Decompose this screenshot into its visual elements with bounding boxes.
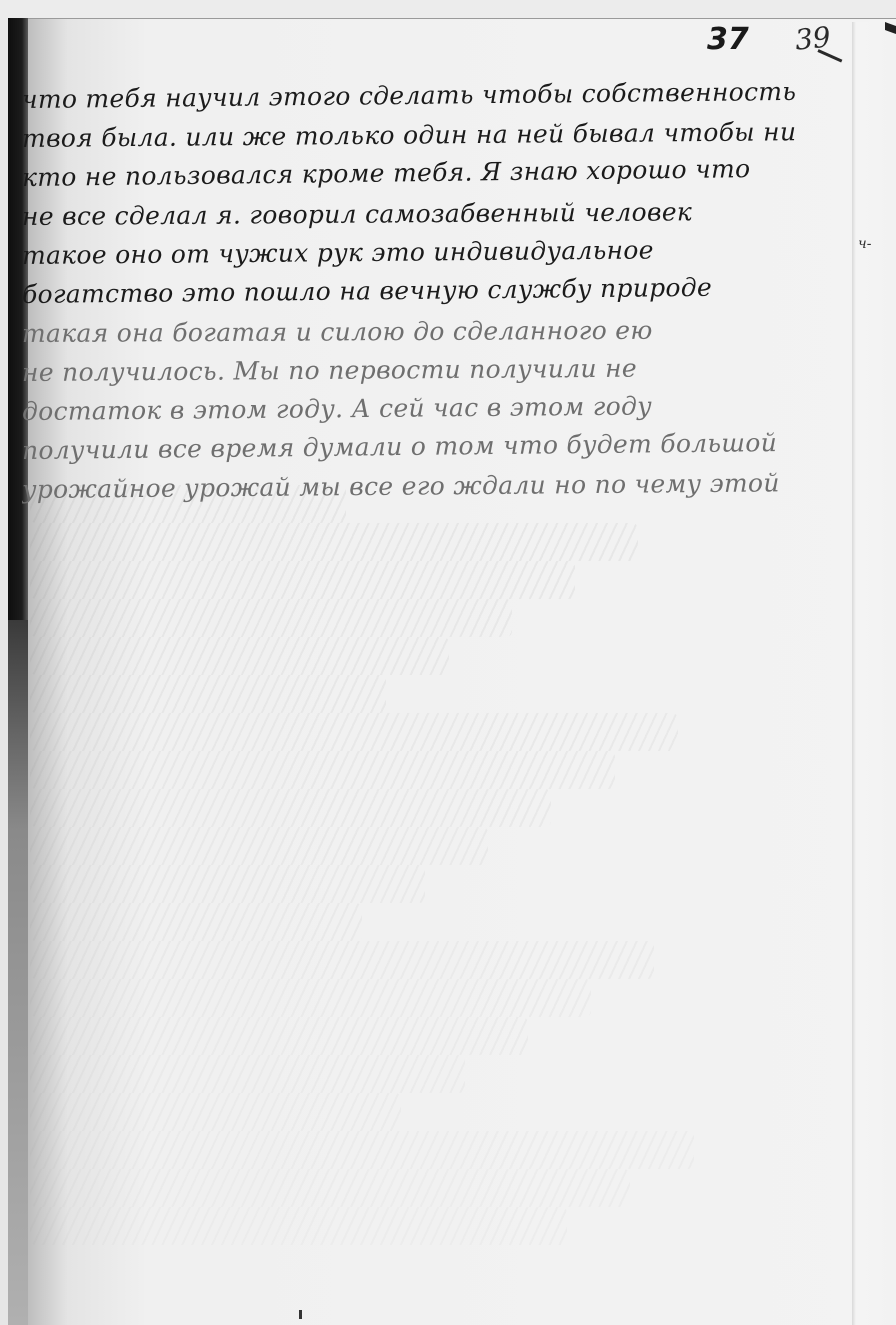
bleed-through-line: [30, 1131, 694, 1169]
bleed-through-line: [30, 637, 449, 675]
ink-speck: [299, 1310, 302, 1319]
bleed-through-line: [30, 713, 678, 751]
bleed-through-line: [30, 1017, 528, 1055]
bleed-through-line: [30, 675, 386, 713]
handwritten-page-number: 39: [793, 20, 832, 57]
bleed-through-line: [30, 1055, 465, 1093]
bleed-through-line: [30, 827, 488, 865]
handwritten-line: богатство это пошло на вечную службу при…: [22, 266, 852, 314]
handwritten-line: такая она богатая и силою до сделанного …: [22, 310, 852, 353]
printed-page-number: 37: [707, 22, 749, 57]
binding-shadow-lower: [8, 620, 28, 1325]
bleed-through-line: [30, 865, 425, 903]
bleed-through-line: [30, 751, 615, 789]
bleed-through-line: [30, 979, 591, 1017]
bleed-through-line: [30, 1093, 401, 1131]
bleed-through-line: [30, 1207, 567, 1245]
bleed-through-line: [30, 485, 346, 523]
bleed-through-line: [30, 599, 512, 637]
bleed-through-line: [30, 903, 362, 941]
bleed-through-line: [30, 941, 654, 979]
scan-background: [0, 0, 896, 20]
bleed-through-line: [30, 1169, 630, 1207]
handwritten-text-block: что тебя научил этого сделать чтобы собс…: [22, 80, 852, 509]
bleed-through-line: [30, 561, 575, 599]
margin-note: ч-: [858, 236, 871, 252]
bleed-through-text: [30, 485, 820, 1245]
page-fold-right: [852, 22, 896, 1325]
bleed-through-line: [30, 789, 551, 827]
bleed-through-line: [30, 523, 638, 561]
